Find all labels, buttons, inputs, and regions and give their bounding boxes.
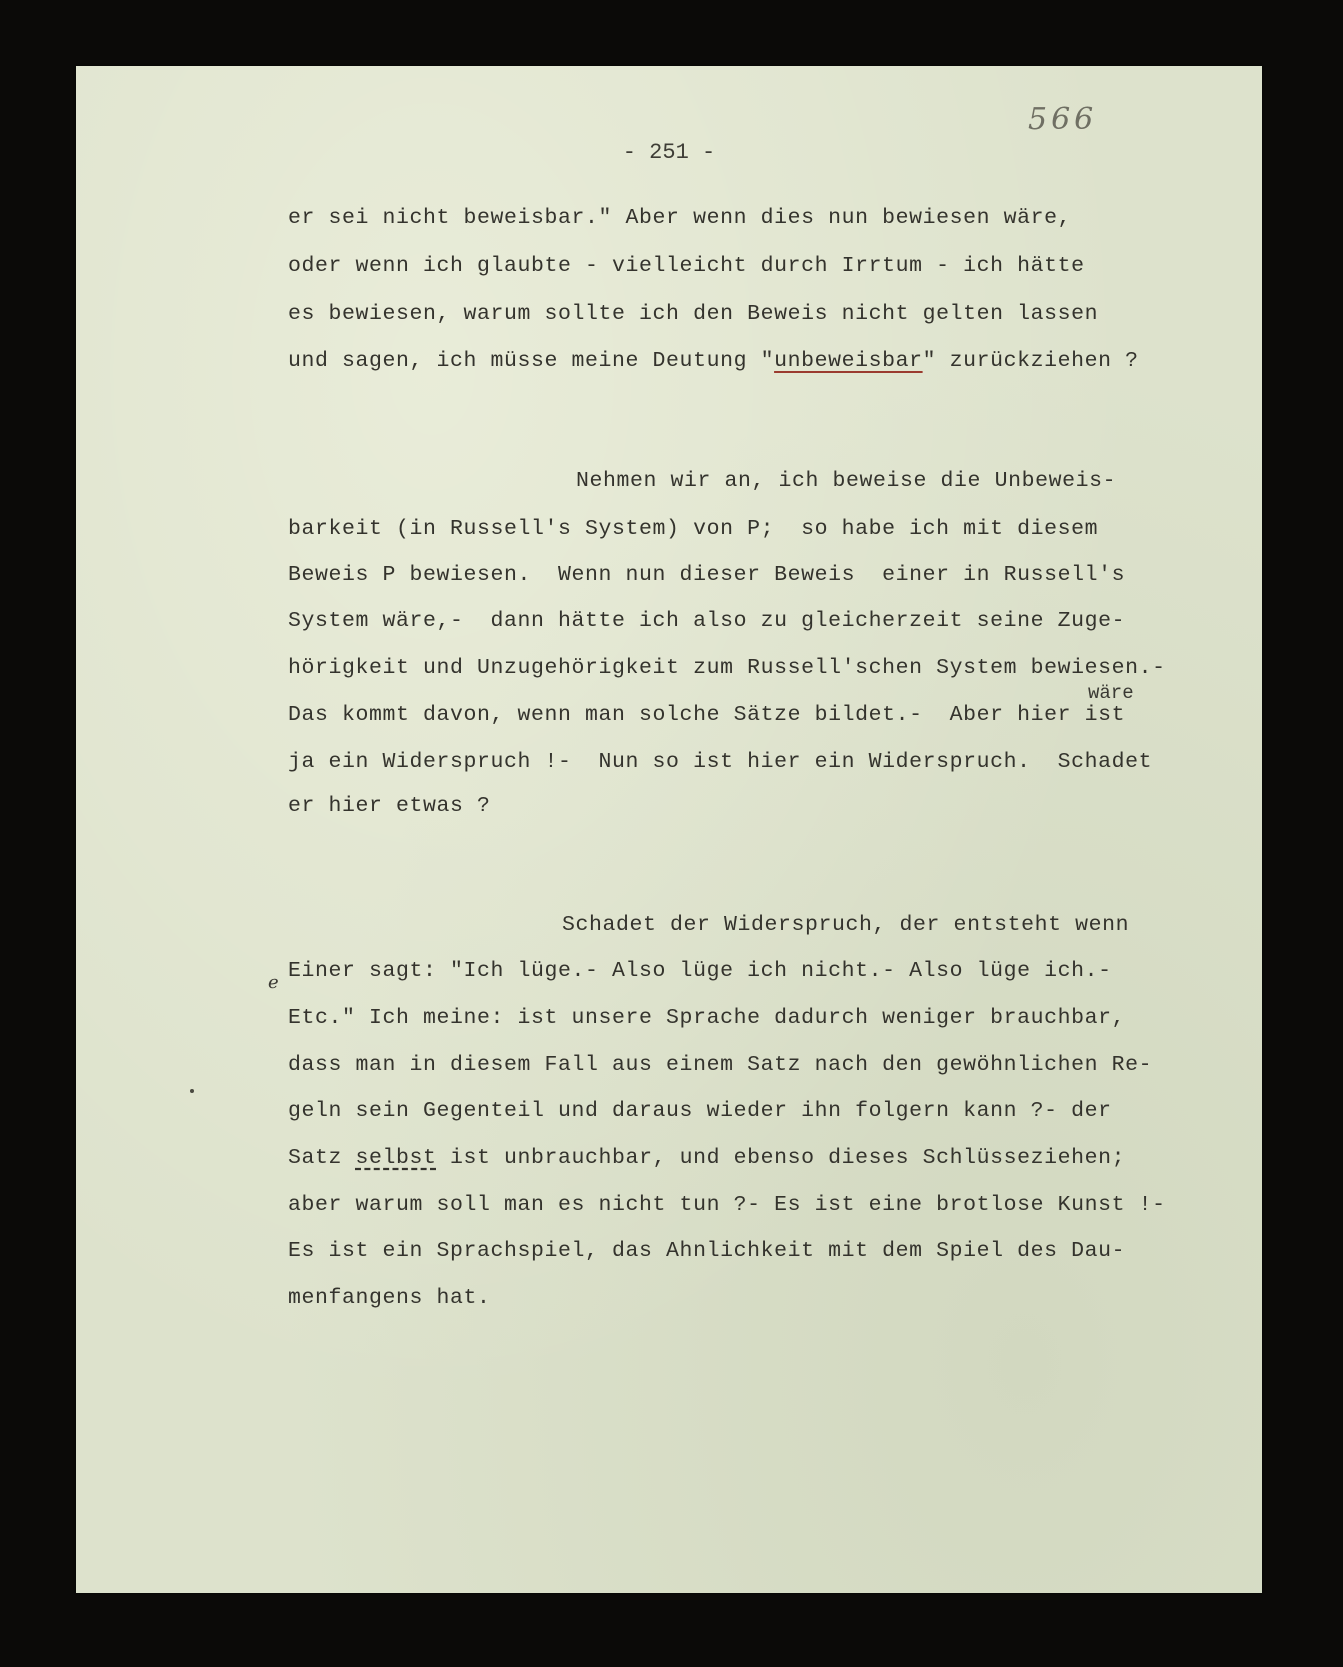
text-line: menfangens hat.: [288, 1286, 491, 1310]
underlined-word: unbeweisbar: [774, 349, 923, 373]
text-line: ja ein Widerspruch !- Nun so ist hier ei…: [288, 750, 1152, 774]
text-line: Es ist ein Sprachspiel, das Ahnlichkeit …: [288, 1239, 1125, 1263]
text-fragment: Satz: [288, 1146, 356, 1170]
text-fragment: und sagen, ich müsse meine Deutung ": [288, 349, 774, 373]
handwritten-correction: e: [268, 972, 279, 993]
text-fragment: ist unbrauchbar, und ebenso dieses Schlü…: [437, 1146, 1126, 1170]
text-line-indented: Nehmen wir an, ich beweise die Unbeweis-: [576, 469, 1116, 493]
text-line: und sagen, ich müsse meine Deutung "unbe…: [288, 349, 1139, 373]
text-line: er hier etwas ?: [288, 794, 491, 818]
text-line: barkeit (in Russell's System) von P; so …: [288, 517, 1098, 541]
text-line: aber warum soll man es nicht tun ?- Es i…: [288, 1193, 1166, 1217]
interlinear-insert: wäre: [1088, 682, 1134, 704]
handwritten-page-annotation: 566: [1028, 102, 1097, 137]
underlined-word: selbst: [356, 1146, 437, 1170]
text-line: Etc." Ich meine: ist unsere Sprache dadu…: [288, 1006, 1125, 1030]
text-fragment: " zurückziehen ?: [923, 349, 1139, 373]
text-line: Beweis P bewiesen. Wenn nun dieser Bewei…: [288, 563, 1125, 587]
text-line: er sei nicht beweisbar." Aber wenn dies …: [288, 206, 1071, 230]
text-line: Satz selbst ist unbrauchbar, und ebenso …: [288, 1146, 1125, 1170]
page-number: - 251 -: [76, 140, 1262, 165]
text-line: es bewiesen, warum sollte ich den Beweis…: [288, 302, 1098, 326]
text-line: oder wenn ich glaubte - vielleicht durch…: [288, 254, 1085, 278]
text-line: System wäre,- dann hätte ich also zu gle…: [288, 609, 1125, 633]
text-line: Das kommt davon, wenn man solche Sätze b…: [288, 703, 1125, 727]
text-line: hörigkeit und Unzugehörigkeit zum Russel…: [288, 656, 1166, 680]
text-line: geln sein Gegenteil und daraus wieder ih…: [288, 1099, 1112, 1123]
typescript-page: 566 - 251 - er sei nicht beweisbar." Abe…: [76, 66, 1262, 1593]
text-line: dass man in diesem Fall aus einem Satz n…: [288, 1053, 1152, 1077]
text-line-indented: Schadet der Widerspruch, der entsteht we…: [562, 913, 1129, 937]
text-line: Einer sagt: "Ich lüge.- Also lüge ich ni…: [288, 959, 1112, 983]
ink-speck: [190, 1089, 194, 1093]
